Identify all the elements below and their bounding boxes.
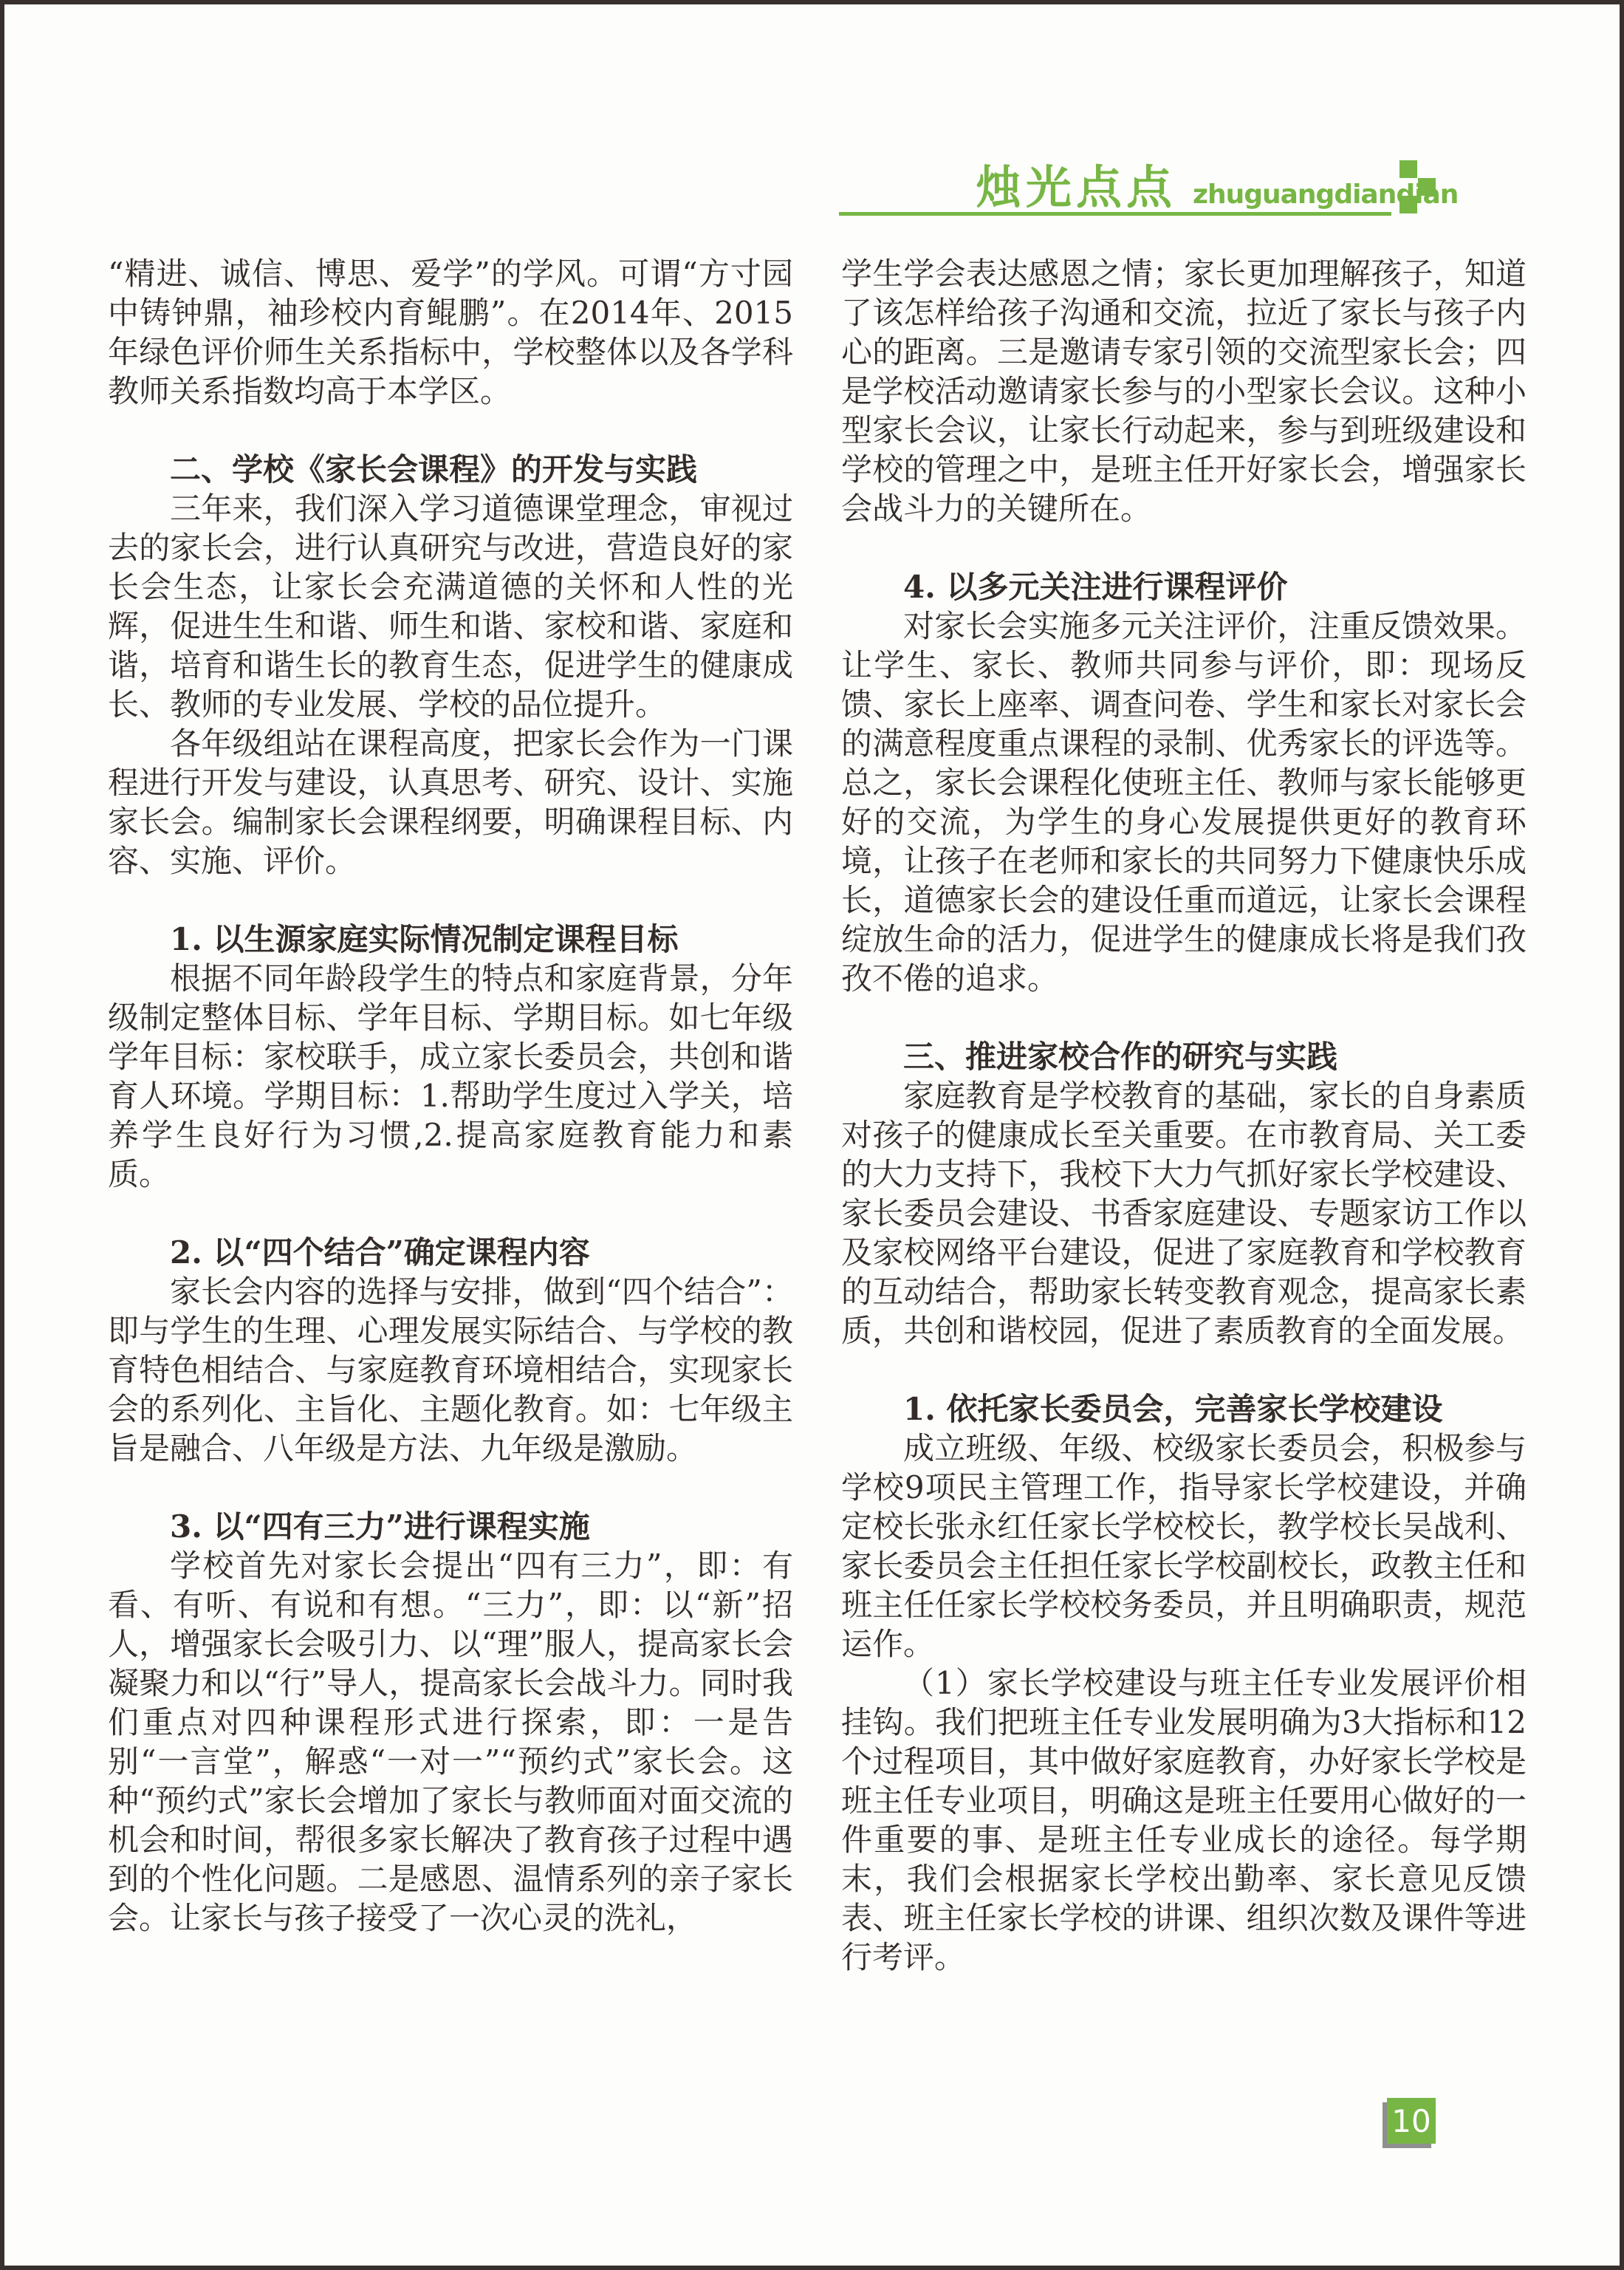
section-heading: 3. 以“四有三力”进行课程实施 — [108, 1507, 793, 1546]
deco-square-icon — [1399, 196, 1417, 213]
paragraph: （1）家长学校建设与班主任专业发展评价相挂钩。我们把班主任专业发展明确为3大指标… — [841, 1664, 1527, 1977]
header-underline — [839, 212, 1391, 216]
section-heading: 1. 以生源家庭实际情况制定课程目标 — [108, 920, 793, 959]
paragraph: 家长会内容的选择与安排，做到“四个结合”：即与学生的生理、心理发展实际结合、与学… — [108, 1272, 793, 1468]
column-banner: 烛光点点 zhuguangdiandian — [976, 151, 1458, 216]
section-heading: 2. 以“四个结合”确定课程内容 — [108, 1233, 793, 1272]
deco-square-icon — [1418, 178, 1436, 196]
section-heading: 4. 以多元关注进行课程评价 — [841, 567, 1527, 606]
paragraph: 学生学会表达感恩之情；家长更加理解孩子，知道了该怎样给孩子沟通和交流，拉近了家长… — [841, 254, 1527, 528]
section-heading: 二、学校《家长会课程》的开发与实践 — [108, 450, 793, 489]
right-column: 学生学会表达感恩之情；家长更加理解孩子，知道了该怎样给孩子沟通和交流，拉近了家长… — [841, 254, 1527, 1977]
paragraph: “精进、诚信、博思、爱学”的学风。可谓“方寸园中铸钟鼎，袖珍校内育鲲鹏”。在20… — [108, 254, 793, 411]
section-heading: 1. 依托家长委员会，完善家长学校建设 — [841, 1389, 1527, 1429]
deco-square-icon — [1399, 160, 1417, 178]
left-column: “精进、诚信、博思、爱学”的学风。可谓“方寸园中铸钟鼎，袖珍校内育鲲鹏”。在20… — [108, 254, 793, 1938]
paragraph: 三年来，我们深入学习道德课堂理念，审视过去的家长会，进行认真研究与改进，营造良好… — [108, 489, 793, 724]
paragraph: 成立班级、年级、校级家长委员会，积极参与学校9项民主管理工作，指导家长学校建设，… — [841, 1429, 1527, 1664]
paragraph: 家庭教育是学校教育的基础，家长的自身素质对孩子的健康成长至关重要。在市教育局、关… — [841, 1076, 1527, 1350]
paragraph: 对家长会实施多元关注评价，注重反馈效果。让学生、家长、教师共同参与评价，即：现场… — [841, 606, 1527, 998]
page-number-badge: 10 — [1387, 2098, 1436, 2144]
column-title: 烛光点点 — [976, 151, 1176, 216]
magazine-page: 烛光点点 zhuguangdiandian “精进、诚信、博思、爱学”的学风。可… — [0, 0, 1624, 2270]
paragraph: 各年级组站在课程高度，把家长会作为一门课程进行开发与建设，认真思考、研究、设计、… — [108, 724, 793, 881]
paragraph: 学校首先对家长会提出“四有三力”，即：有看、有听、有说和有想。“三力”，即：以“… — [108, 1546, 793, 1938]
section-heading: 三、推进家校合作的研究与实践 — [841, 1037, 1527, 1076]
paragraph: 根据不同年龄段学生的特点和家庭背景，分年级制定整体目标、学年目标、学期目标。如七… — [108, 959, 793, 1194]
